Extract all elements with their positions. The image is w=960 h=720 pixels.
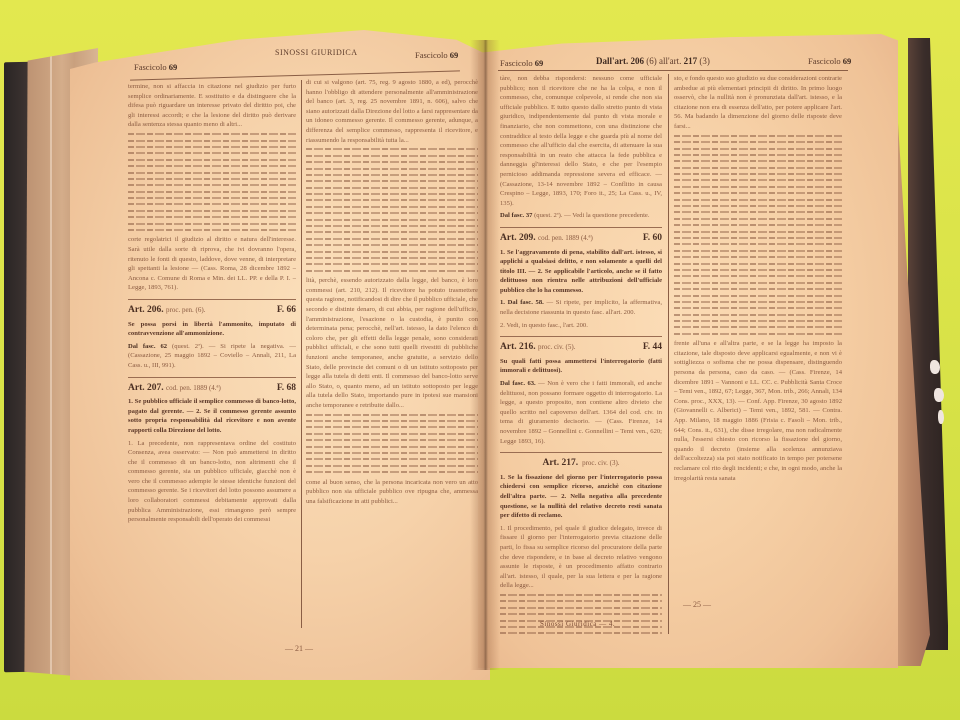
- article-title: Art. 206.: [128, 305, 164, 315]
- article-summary: 1. Se pubblico ufficiale il semplice com…: [128, 397, 296, 435]
- citation-paragraph: corte regolatrici il giudizio al diritto…: [128, 235, 296, 293]
- article-209-heading: Art. 209. cod. pen. 1889 (4.ª) F. 60: [500, 227, 662, 244]
- right-page: Fascicolo 69 Dall'art. 206 (6) all'art. …: [478, 34, 898, 668]
- article-title: Art. 217.: [542, 459, 578, 469]
- paragraph: come al buon senso, che la persona incar…: [306, 478, 478, 507]
- article-206-heading: Art. 206. proc. pen. (6). F. 66: [128, 299, 296, 316]
- left-page-column-2: di cui si valgono (art. 75, reg. 9 agost…: [306, 78, 478, 638]
- paragraph: lità, perchè, essendo autorizzato dalla …: [306, 276, 478, 410]
- right-page-column-1: tàre, non debba rispondersi: nessuno com…: [500, 74, 662, 634]
- note-label: Dal fasc. 62: [128, 343, 167, 350]
- left-header-title: SINOSSI GIURIDICA: [275, 48, 358, 57]
- torn-paper-fragment: [938, 410, 944, 424]
- article-title: Art. 216.: [500, 342, 536, 352]
- article-body: 1. La precedente, non rappresentava ordi…: [128, 439, 296, 525]
- paragraph: tàre, non debba rispondersi: nessuno com…: [500, 74, 662, 208]
- page-number: — 21 —: [285, 644, 313, 653]
- article-title: Art. 209.: [500, 233, 536, 243]
- article-ref: proc. civ. (5).: [538, 343, 575, 351]
- article-summary: Se possa porsi in libertà l'ammonito, im…: [128, 320, 296, 339]
- article-fascicle: F. 60: [643, 234, 662, 244]
- note-label: Dal fasc. 37: [500, 212, 532, 219]
- header-label: Fascicolo: [808, 56, 841, 66]
- left-header-left: Fascicolo 69: [134, 62, 177, 72]
- note-text: 2. Vedi, in questo fasc., l'art. 200.: [500, 321, 662, 331]
- paragraph: frente all'una e all'altra parte, e se l…: [674, 339, 842, 483]
- header-number: 69: [535, 58, 544, 68]
- torn-paper-fragment: [934, 388, 944, 402]
- photo-scene: Fascicolo 69 SINOSSI GIURIDICA Fascicolo…: [0, 0, 960, 720]
- left-page: Fascicolo 69 SINOSSI GIURIDICA Fascicolo…: [70, 30, 490, 680]
- left-page-column-1: termine, non si affaccia in citazione ne…: [128, 82, 296, 642]
- note-text: (quest. 2ª). — Vedi la questione precede…: [534, 212, 649, 219]
- right-header-right: Fascicolo 69: [808, 56, 851, 66]
- header-rule: [498, 70, 848, 71]
- torn-paper-fragment: [930, 360, 940, 374]
- article-summary: 1. Se la fissazione del giorno per l'int…: [500, 473, 662, 521]
- header-number: 69: [169, 62, 178, 72]
- article-ref: cod. pen. 1889 (4.ª): [538, 234, 593, 242]
- article-fascicle: F. 44: [643, 343, 662, 353]
- article-ref: proc. pen. (6).: [166, 306, 205, 314]
- article-207-heading: Art. 207. cod. pen. 1889 (4.ª) F. 68: [128, 377, 296, 394]
- article-fascicle: F. 68: [277, 384, 296, 394]
- article-title: Art. 207.: [128, 383, 164, 393]
- paragraph: termine, non si affaccia in citazione ne…: [128, 82, 296, 130]
- article-216-heading: Art. 216. proc. civ. (5). F. 44: [500, 336, 662, 353]
- header-range-end: 217: [684, 56, 698, 66]
- header-range-start: 206: [631, 56, 645, 66]
- note-label: Dal fasc. 63.: [500, 380, 536, 387]
- book-gutter: [470, 40, 500, 670]
- header-range-prefix: Dall'art.: [596, 56, 628, 66]
- header-label: Fascicolo: [134, 62, 167, 72]
- left-header-right: Fascicolo 69: [415, 50, 458, 60]
- article-ref: proc. civ. (3).: [582, 459, 619, 469]
- article-ref: cod. pen. 1889 (4.ª): [166, 384, 221, 392]
- article-fascicle: F. 66: [277, 306, 296, 316]
- header-range-mid: (6) all'art.: [646, 56, 681, 66]
- note-label: 1. Dal fasc. 58.: [500, 299, 544, 306]
- right-page-column-2: sto, e fondo questo suo giudizio su due …: [674, 74, 842, 634]
- page-number: — 25 —: [683, 600, 711, 609]
- right-header-range: Dall'art. 206 (6) all'art. 217 (3): [596, 56, 710, 66]
- header-range-suffix: (3): [699, 56, 710, 66]
- paragraph: di cui si valgono (art. 75, reg. 9 agost…: [306, 78, 478, 145]
- article-217-heading: Art. 217. proc. civ. (3).: [500, 452, 662, 469]
- header-label: Fascicolo: [500, 58, 533, 68]
- signature-mark: Sinossi Giuridica — 4.: [540, 620, 615, 628]
- column-divider: [301, 80, 302, 628]
- header-number: 69: [843, 56, 852, 66]
- header-number: 69: [450, 50, 459, 60]
- header-label: Fascicolo: [415, 50, 448, 60]
- article-body: 1. Il procedimento, pel quale il giudice…: [500, 524, 662, 591]
- article-summary: 1. Se l'aggravamento di pena, stabilito …: [500, 248, 662, 296]
- article-summary: Su quali fatti possa ammettersi l'interr…: [500, 357, 662, 376]
- column-divider: [668, 74, 669, 634]
- right-header-left: Fascicolo 69: [500, 58, 543, 68]
- note-text: — Non è vero che i fatti immorali, ed an…: [500, 380, 662, 445]
- paragraph: sto, e fondo questo suo giudizio su due …: [674, 74, 842, 132]
